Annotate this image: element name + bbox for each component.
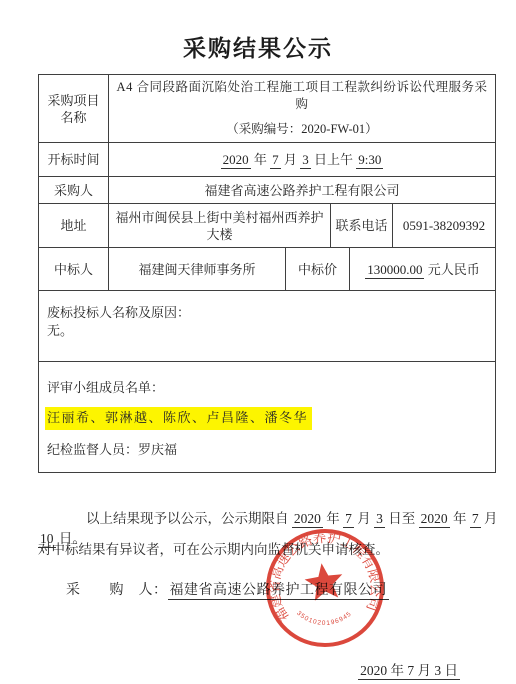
bid-year: 2020 (221, 152, 251, 169)
price-value-cell: 130000.00 元人民币 (350, 248, 495, 290)
rejected-cell: 废标投标人名称及原因： 无。 (39, 291, 495, 361)
seal-serial-holder: 3501020196945 (294, 603, 353, 632)
address-value-cell: 福州市闽侯县上街中美村福州西养护大楼 (109, 204, 331, 247)
table-row-rejected: 废标投标人名称及原因： 无。 (39, 291, 495, 362)
review-cell: 评审小组成员名单： 汪丽希、郭淋越、陈欣、卢昌隆、潘冬华 纪检监督人员：罗庆福 (39, 362, 495, 472)
document-page: 采购结果公示 采购项目名称 A4 合同段路面沉陷处治工程施工项目工程款纠纷诉讼代… (0, 0, 516, 684)
rejected-value: 无。 (47, 322, 487, 340)
bid-hour: 9:30 (356, 152, 383, 169)
purchaser-value-cell: 福建省高速公路养护工程有限公司 (109, 177, 495, 203)
table-row-bid-time: 开标时间 2020 年 7 月 3 日上午 9:30 (39, 143, 495, 177)
bid-month: 7 (270, 152, 281, 169)
seal-serial-number: 3501020196945 (294, 603, 353, 632)
review-members-highlighted: 汪丽希、郭淋越、陈欣、卢昌隆、潘冬华 (45, 407, 312, 430)
project-code-text: （采购编号：2020-FW-01） (226, 121, 377, 138)
bid-day: 3 (300, 152, 311, 169)
project-name-text: A4 合同段路面沉陷处治工程施工项目工程款纠纷诉讼代理服务采购 (113, 79, 491, 113)
seal-star-icon (303, 561, 346, 602)
table-row-purchaser: 采购人 福建省高速公路养护工程有限公司 (39, 177, 495, 204)
review-supervisor: 纪检监督人员：罗庆福 (47, 441, 487, 459)
bid-time-label-cell: 开标时间 (39, 143, 109, 176)
phone-label-cell: 联系电话 (331, 204, 393, 247)
phone-value-cell: 0591-38209392 (393, 204, 495, 247)
footer-date: 2020 年 7 月 3 日 (358, 659, 460, 679)
winner-value-cell: 福建闽天律师事务所 (109, 248, 286, 290)
buyer-label: 采 购 人： (66, 583, 168, 598)
purchaser-label-cell: 采购人 (39, 177, 109, 203)
notice-end-month: 7 (470, 511, 481, 528)
price-amount: 130000.00 (365, 262, 424, 279)
bid-time-text: 2020 年 7 月 3 日上午 9:30 (221, 151, 384, 168)
notice-end-year: 2020 (419, 511, 450, 528)
address-label-cell: 地址 (39, 204, 109, 247)
rejected-heading: 废标投标人名称及原因： (47, 304, 487, 322)
page-title: 采购结果公示 (0, 30, 516, 63)
price-label-cell: 中标价 (286, 248, 350, 290)
bid-time-value-cell: 2020 年 7 月 3 日上午 9:30 (109, 143, 495, 176)
winner-label-cell: 中标人 (39, 248, 109, 290)
table-row-review: 评审小组成员名单： 汪丽希、郭淋越、陈欣、卢昌隆、潘冬华 纪检监督人员：罗庆福 (39, 362, 495, 472)
procurement-result-table: 采购项目名称 A4 合同段路面沉陷处治工程施工项目工程款纠纷诉讼代理服务采购 （… (38, 74, 496, 473)
project-value-cell: A4 合同段路面沉陷处治工程施工项目工程款纠纷诉讼代理服务采购 （采购编号：20… (109, 75, 495, 142)
review-members-line: 汪丽希、郭淋越、陈欣、卢昌隆、潘冬华 (47, 407, 487, 430)
table-row-address: 地址 福州市闽侯县上街中美村福州西养护大楼 联系电话 0591-38209392 (39, 204, 495, 248)
project-label-cell: 采购项目名称 (39, 75, 109, 142)
table-row-project: 采购项目名称 A4 合同段路面沉陷处治工程施工项目工程款纠纷诉讼代理服务采购 （… (39, 75, 495, 143)
table-row-winner: 中标人 福建闽天律师事务所 中标价 130000.00 元人民币 (39, 248, 495, 291)
company-seal-stamp: 福建省高速公路养护工程有限公司 3501020196945 (254, 517, 396, 659)
review-heading: 评审小组成员名单： (47, 379, 487, 397)
price-text: 130000.00 元人民币 (365, 261, 480, 278)
